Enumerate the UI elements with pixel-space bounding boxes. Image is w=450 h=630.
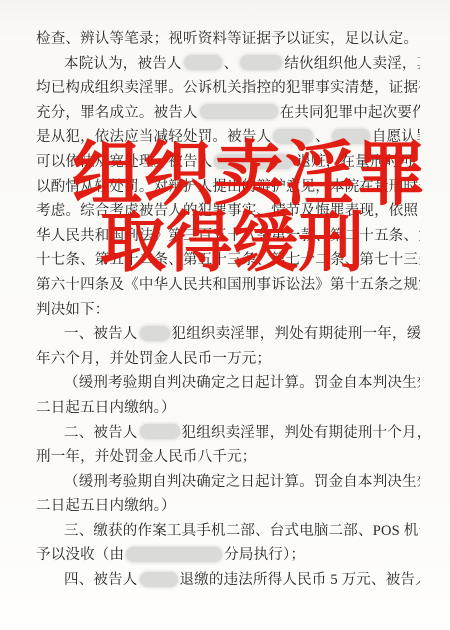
document-line: 均已构成组织卖淫罪。公诉机关指控的犯罪事实清楚，证据确实、	[36, 76, 420, 101]
text-segment: 四、被告人	[64, 572, 138, 588]
text-segment: 二日起五日内缴纳。）	[36, 498, 176, 514]
text-segment: 、	[224, 56, 239, 72]
text-segment: 犯组织卖淫罪，判处有期徒刑一年，缓刑一	[172, 326, 421, 342]
document-line: 四、被告人退缴的违法所得人民币 5 万元、被告人	[36, 568, 420, 593]
document-line: 年六个月，并处罚金人民币一万元；	[36, 347, 420, 372]
text-segment: 予以没收（由	[36, 547, 124, 563]
document-line: 刑一年，并处罚金人民币八千元；	[36, 445, 420, 470]
document-line: 判决如下：	[36, 298, 420, 323]
text-segment: 第六十四条及《中华人民共和国刑事诉讼法》第十五条之规定，	[36, 277, 420, 293]
text-segment: 在共同犯罪中起次要作用，	[280, 105, 420, 121]
text-segment: 一、被告人	[64, 326, 138, 342]
text-segment: 分局执行）；	[224, 547, 305, 563]
document-line: 检查、辨认等笔录；视听资料等证据予以证实，足以认定。	[36, 27, 420, 52]
red-watermark-line1: 组织卖淫罪	[72, 139, 427, 209]
text-segment: 年六个月，并处罚金人民币一万元；	[36, 351, 271, 367]
redaction-blur	[184, 55, 222, 70]
document-line: 一、被告人犯组织卖淫罪，判处有期徒刑一年，缓刑一	[36, 322, 420, 347]
redaction-blur	[200, 104, 278, 119]
text-segment: 三、缴获的作案工具手机二部、台式电脑二部、POS 机一个，	[64, 523, 420, 539]
text-segment: 结伙组织他人卖淫，其行为	[284, 56, 420, 72]
redaction-blur	[140, 572, 178, 587]
document-photo: 检查、辨认等笔录；视听资料等证据予以证实，足以认定。本院认为，被告人、结伙组织他…	[0, 0, 450, 630]
red-watermark-line2: 取得缓刑	[100, 209, 364, 275]
text-segment: 刑一年，并处罚金人民币八千元；	[36, 449, 257, 465]
text-segment: （缓刑考验期自判决确定之日起计算。罚金自本判决生效第	[64, 375, 420, 391]
text-segment: 犯组织卖淫罪，判处有期徒刑十个月，缓	[182, 425, 421, 441]
redaction-blur	[140, 326, 170, 341]
text-segment: 退缴的违法所得人民币 5 万元、被告人	[180, 572, 421, 588]
text-segment: 均已构成组织卖淫罪。公诉机关指控的犯罪事实清楚，证据确实、	[36, 80, 420, 96]
document-line: （缓刑考验期自判决确定之日起计算。罚金自本判决生效第	[36, 470, 420, 495]
document-line: 二日起五日内缴纳。）	[36, 396, 420, 421]
text-segment: 充分，罪名成立。被告人	[36, 105, 198, 121]
redaction-blur	[126, 547, 222, 562]
document-line: 三、缴获的作案工具手机二部、台式电脑二部、POS 机一个，	[36, 519, 420, 544]
text-segment: 本院认为，被告人	[64, 56, 182, 72]
text-segment: 判决如下：	[36, 302, 110, 318]
text-segment: 二、被告人	[64, 425, 138, 441]
document-line: 二日起五日内缴纳。）	[36, 494, 420, 519]
text-segment: 二日起五日内缴纳。）	[36, 400, 176, 416]
document-line: 充分，罪名成立。被告人在共同犯罪中起次要作用，	[36, 101, 420, 126]
redaction-blur	[140, 424, 180, 439]
document-line: 本院认为，被告人、结伙组织他人卖淫，其行为	[36, 52, 420, 77]
text-segment: （缓刑考验期自判决确定之日起计算。罚金自本判决生效第	[64, 474, 420, 490]
document-line: （缓刑考验期自判决确定之日起计算。罚金自本判决生效第	[36, 371, 420, 396]
redaction-blur	[240, 55, 282, 70]
document-line: 二、被告人犯组织卖淫罪，判处有期徒刑十个月，缓	[36, 421, 420, 446]
document-text: 检查、辨认等笔录；视听资料等证据予以证实，足以认定。本院认为，被告人、结伙组织他…	[36, 27, 420, 593]
text-segment: 检查、辨认等笔录；视听资料等证据予以证实，足以认定。	[36, 31, 418, 47]
document-line: 予以没收（由分局执行）；	[36, 543, 420, 568]
